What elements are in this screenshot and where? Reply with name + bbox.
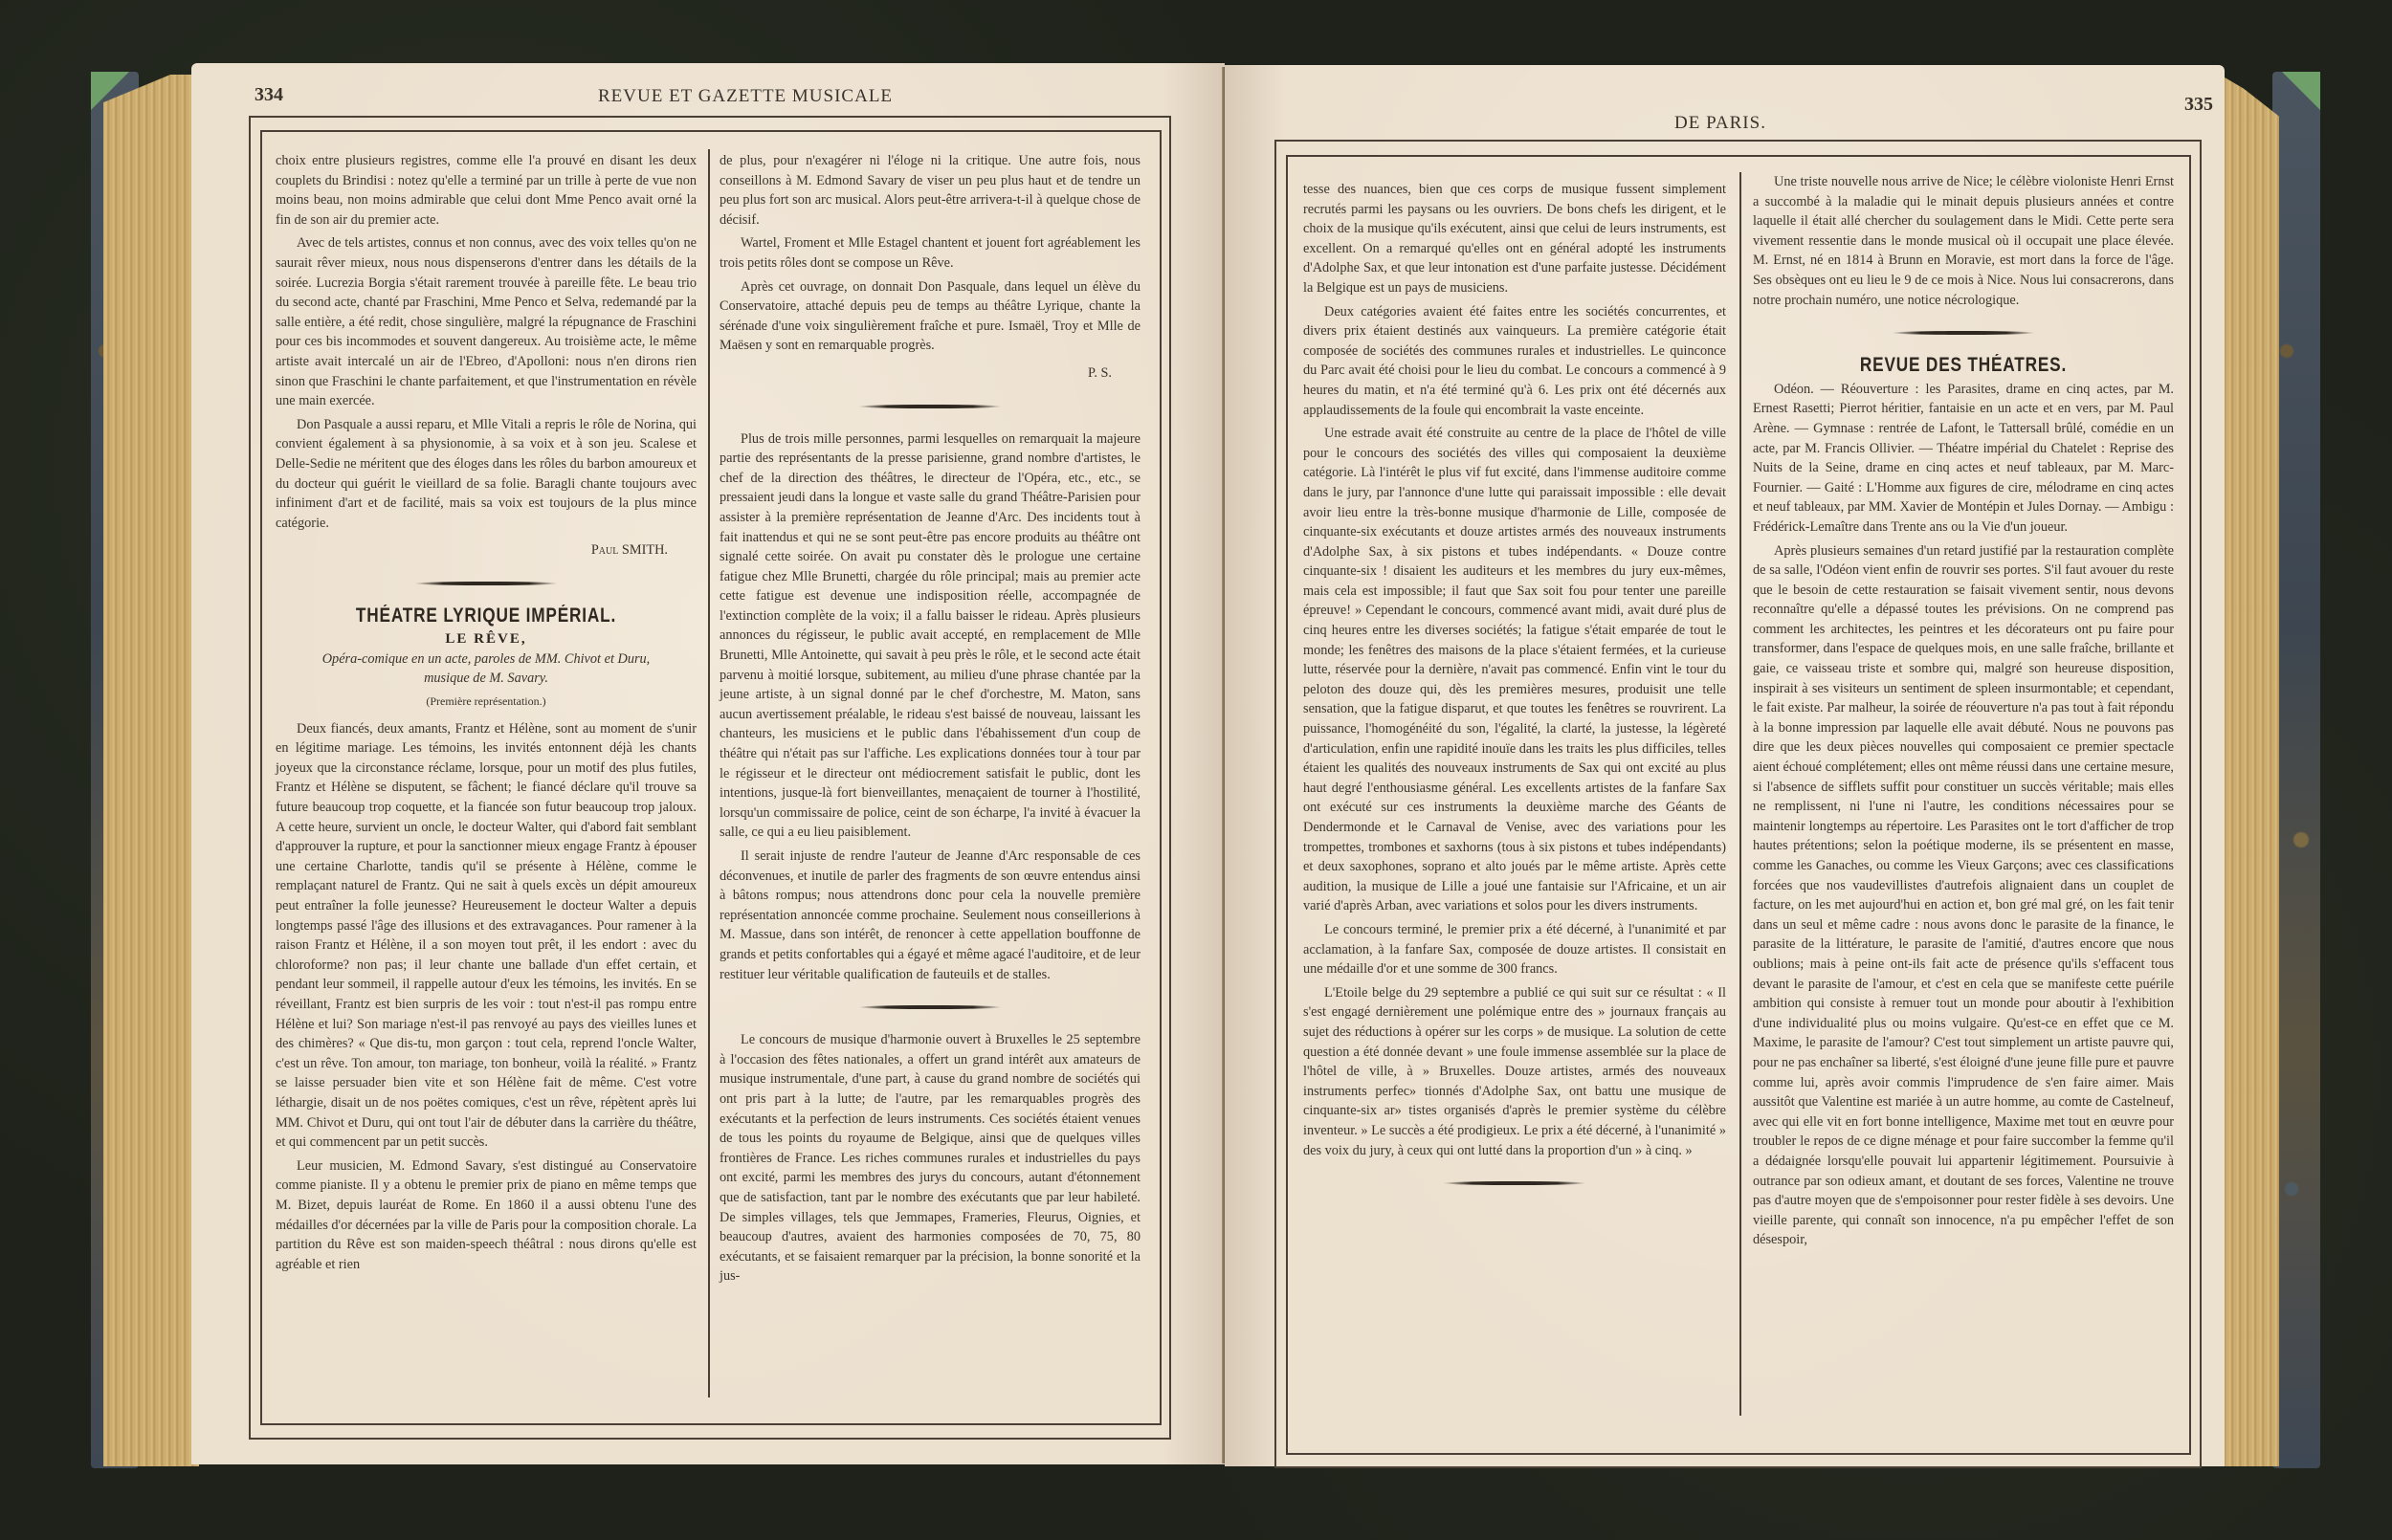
left-page-edges xyxy=(103,75,199,1466)
column-rule xyxy=(1739,172,1741,1416)
right-page-column-2: Une triste nouvelle nous arrive de Nice;… xyxy=(1753,172,2174,1254)
right-page: DE PARIS. 335 tesse des nuances, bien qu… xyxy=(1225,65,2225,1466)
fleuron-divider xyxy=(858,405,1002,408)
paragraph: Le concours terminé, le premier prix a é… xyxy=(1303,920,1726,979)
work-title: LE RÊVE, xyxy=(276,629,697,649)
paragraph: Plus de trois mille personnes, parmi les… xyxy=(720,429,1141,843)
paragraph: Don Pasquale a aussi reparu, et Mlle Vit… xyxy=(276,415,697,534)
left-page: 334 REVUE ET GAZETTE MUSICALE choix entr… xyxy=(191,63,1225,1464)
page-number: 335 xyxy=(2184,94,2213,116)
fleuron-divider xyxy=(1892,331,2035,335)
premiere-note: (Première représentation.) xyxy=(276,692,697,712)
signature: Paul SMITH. xyxy=(276,540,668,561)
cover-corner-leather xyxy=(2282,72,2320,110)
signature: P. S. xyxy=(720,363,1112,384)
section-title: THÉATRE LYRIQUE IMPÉRIAL. xyxy=(314,606,659,627)
paragraph: de plus, pour n'exagérer ni l'éloge ni l… xyxy=(720,151,1141,230)
work-subtitle: musique de M. Savary. xyxy=(276,669,697,688)
paragraph: Une triste nouvelle nous arrive de Nice;… xyxy=(1753,172,2174,310)
paragraph: tesse des nuances, bien que ces corps de… xyxy=(1303,180,1726,298)
right-cover-board xyxy=(2272,72,2320,1468)
running-head: DE PARIS. xyxy=(1674,113,1766,134)
running-head: REVUE ET GAZETTE MUSICALE xyxy=(598,86,893,107)
left-page-column-2: de plus, pour n'exagérer ni l'éloge ni l… xyxy=(720,151,1141,1290)
page-number: 334 xyxy=(255,84,283,106)
paragraph: Une estrade avait été construite au cent… xyxy=(1303,424,1726,916)
left-page-column-1: choix entre plusieurs registres, comme e… xyxy=(276,151,697,1278)
paragraph: Odéon. — Réouverture : les Parasites, dr… xyxy=(1753,380,2174,538)
fleuron-divider xyxy=(858,1005,1002,1009)
paragraph: Deux fiancés, deux amants, Frantz et Hél… xyxy=(276,719,697,1153)
paragraph: choix entre plusieurs registres, comme e… xyxy=(276,151,697,230)
paragraph: L'Etoile belge du 29 septembre a publié … xyxy=(1303,983,1726,1160)
paragraph: Deux catégories avaient été faites entre… xyxy=(1303,302,1726,421)
paragraph: Après plusieurs semaines d'un retard jus… xyxy=(1753,541,2174,1250)
paragraph: Leur musicien, M. Edmond Savary, s'est d… xyxy=(276,1156,697,1275)
section-title: REVUE DES THÉATRES. xyxy=(1791,356,2137,376)
right-page-edges xyxy=(2220,75,2279,1466)
paragraph: Après cet ouvrage, on donnait Don Pasqua… xyxy=(720,277,1141,356)
paragraph: Avec de tels artistes, connus et non con… xyxy=(276,233,697,410)
work-subtitle: Opéra-comique en un acte, paroles de MM.… xyxy=(276,649,697,669)
paragraph: Le concours de musique d'harmonie ouvert… xyxy=(720,1030,1141,1287)
column-rule xyxy=(708,149,710,1397)
paragraph: Wartel, Froment et Mlle Estagel chantent… xyxy=(720,233,1141,273)
fleuron-divider xyxy=(1443,1181,1586,1185)
right-page-column-1: tesse des nuances, bien que ces corps de… xyxy=(1303,180,1726,1206)
paragraph: Il serait injuste de rendre l'auteur de … xyxy=(720,847,1141,984)
fleuron-divider xyxy=(414,582,558,585)
